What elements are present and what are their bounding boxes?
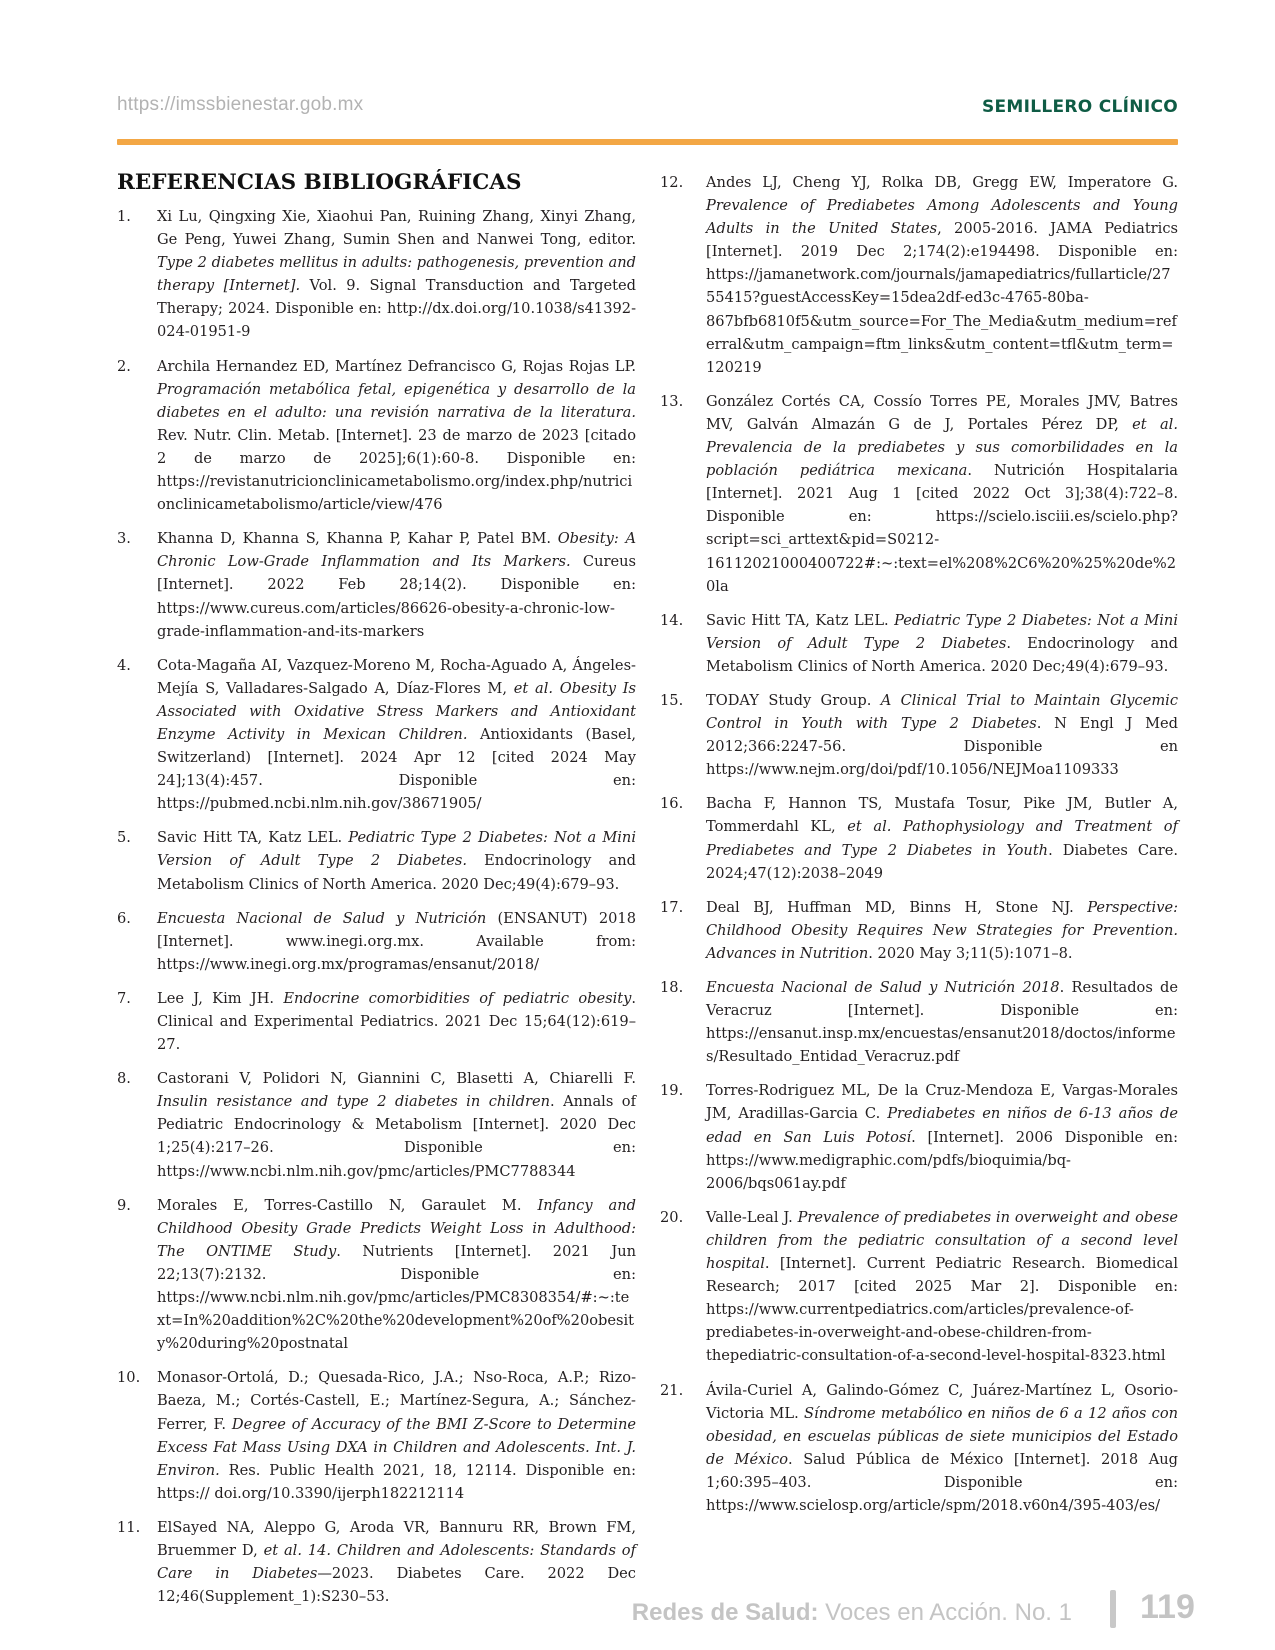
reference-text-part: Lee J, Kim JH. [157, 990, 283, 1007]
reference-text-part: . 2020 May 3;11(5):1071–8. [868, 945, 1072, 962]
reference-number: 16. [660, 792, 706, 884]
reference-text: Deal BJ, Huffman MD, Binns H, Stone NJ. … [706, 896, 1178, 965]
reference-item: 6.Encuesta Nacional de Salud y Nutrición… [117, 907, 636, 976]
reference-item: 3.Khanna D, Khanna S, Khanna P, Kahar P,… [117, 527, 636, 642]
reference-number: 7. [117, 987, 157, 1056]
reference-item: 14.Savic Hitt TA, Katz LEL. Pediatric Ty… [660, 609, 1178, 678]
reference-item: 18.Encuesta Nacional de Salud y Nutrició… [660, 976, 1178, 1068]
reference-text: Valle-Leal J. Prevalence of prediabetes … [706, 1206, 1178, 1368]
reference-number: 21. [660, 1379, 706, 1518]
reference-text: Savic Hitt TA, Katz LEL. Pediatric Type … [157, 826, 636, 895]
reference-item: 10.Monasor-Ortolá, D.; Quesada-Rico, J.A… [117, 1366, 636, 1505]
reference-item: 13.González Cortés CA, Cossío Torres PE,… [660, 390, 1178, 598]
reference-text-part: TODAY Study Group. [706, 692, 881, 709]
page-number: 119 [1140, 1588, 1195, 1627]
reference-text-part: Khanna D, Khanna S, Khanna P, Kahar P, P… [157, 530, 558, 547]
header-divider [117, 139, 1178, 145]
reference-item: 12.Andes LJ, Cheng YJ, Rolka DB, Gregg E… [660, 171, 1178, 379]
references-column-right: 12.Andes LJ, Cheng YJ, Rolka DB, Gregg E… [660, 171, 1178, 1528]
reference-title-italic: Encuesta Nacional de Salud y Nutrición [157, 910, 486, 927]
journal-title-rest: Voces en Acción. No. 1 [819, 1599, 1073, 1626]
reference-item: 19.Torres-Rodriguez ML, De la Cruz-Mendo… [660, 1079, 1178, 1194]
reference-number: 8. [117, 1067, 157, 1182]
reference-text: Monasor-Ortolá, D.; Quesada-Rico, J.A.; … [157, 1366, 636, 1505]
reference-number: 19. [660, 1079, 706, 1194]
reference-text-part: . [Internet]. Current Pediatric Research… [706, 1255, 1178, 1364]
reference-text-part: Rev. Nutr. Clin. Metab. [Internet]. 23 d… [157, 427, 636, 513]
reference-text-part: Xi Lu, Qingxing Xie, Xiaohui Pan, Ruinin… [157, 208, 636, 248]
reference-text: Andes LJ, Cheng YJ, Rolka DB, Gregg EW, … [706, 171, 1178, 379]
reference-text: Khanna D, Khanna S, Khanna P, Kahar P, P… [157, 527, 636, 642]
reference-text-part: Andes LJ, Cheng YJ, Rolka DB, Gregg EW, … [706, 174, 1178, 191]
reference-item: 8.Castorani V, Polidori N, Giannini C, B… [117, 1067, 636, 1182]
reference-text: Savic Hitt TA, Katz LEL. Pediatric Type … [706, 609, 1178, 678]
reference-text-part: . Nutrición Hospitalaria [Internet]. 202… [706, 462, 1178, 594]
reference-text: Encuesta Nacional de Salud y Nutrición 2… [706, 976, 1178, 1068]
reference-text-part: Morales E, Torres-Castillo N, Garaulet M… [157, 1197, 537, 1214]
reference-text: González Cortés CA, Cossío Torres PE, Mo… [706, 390, 1178, 598]
reference-number: 20. [660, 1206, 706, 1368]
reference-text: Lee J, Kim JH. Endocrine comorbidities o… [157, 987, 636, 1056]
reference-number: 13. [660, 390, 706, 598]
reference-number: 17. [660, 896, 706, 965]
reference-number: 15. [660, 689, 706, 781]
reference-number: 14. [660, 609, 706, 678]
page-footer: Redes de Salud: Voces en Acción. No. 1 1… [0, 1590, 1275, 1640]
reference-text: Bacha F, Hannon TS, Mustafa Tosur, Pike … [706, 792, 1178, 884]
reference-text: Castorani V, Polidori N, Giannini C, Bla… [157, 1067, 636, 1182]
reference-item: 20.Valle-Leal J. Prevalence of prediabet… [660, 1206, 1178, 1368]
reference-text: Xi Lu, Qingxing Xie, Xiaohui Pan, Ruinin… [157, 205, 636, 344]
reference-number: 18. [660, 976, 706, 1068]
journal-title-bold: Redes de Salud: [632, 1599, 819, 1626]
reference-item: 15.TODAY Study Group. A Clinical Trial t… [660, 689, 1178, 781]
reference-text: Morales E, Torres-Castillo N, Garaulet M… [157, 1194, 636, 1356]
reference-text-part: Savic Hitt TA, Katz LEL. [706, 612, 894, 629]
reference-text-part: Deal BJ, Huffman MD, Binns H, Stone NJ. [706, 899, 1087, 916]
reference-item: 17.Deal BJ, Huffman MD, Binns H, Stone N… [660, 896, 1178, 965]
reference-title-italic: Insulin resistance and type 2 diabetes i… [157, 1093, 550, 1110]
reference-item: 7.Lee J, Kim JH. Endocrine comorbidities… [117, 987, 636, 1056]
reference-number: 10. [117, 1366, 157, 1505]
reference-text-part: Res. Public Health 2021, 18, 12114. Disp… [157, 1462, 636, 1502]
reference-number: 6. [117, 907, 157, 976]
references-column-left: 1.Xi Lu, Qingxing Xie, Xiaohui Pan, Ruin… [117, 205, 636, 1619]
reference-number: 9. [117, 1194, 157, 1356]
reference-text-part: Castorani V, Polidori N, Giannini C, Bla… [157, 1070, 636, 1087]
reference-item: 2.Archila Hernandez ED, Martínez Defranc… [117, 355, 636, 517]
reference-text: TODAY Study Group. A Clinical Trial to M… [706, 689, 1178, 781]
page-title: REFERENCIAS BIBLIOGRÁFICAS [117, 170, 522, 195]
reference-number: 4. [117, 654, 157, 816]
reference-number: 3. [117, 527, 157, 642]
reference-text: Archila Hernandez ED, Martínez Defrancis… [157, 355, 636, 517]
reference-number: 12. [660, 171, 706, 379]
reference-item: 5.Savic Hitt TA, Katz LEL. Pediatric Typ… [117, 826, 636, 895]
reference-text-part: Archila Hernandez ED, Martínez Defrancis… [157, 358, 636, 375]
reference-number: 5. [117, 826, 157, 895]
reference-item: 9.Morales E, Torres-Castillo N, Garaulet… [117, 1194, 636, 1356]
site-url: https://imssbienestar.gob.mx [117, 94, 363, 116]
reference-item: 4.Cota-Magaña AI, Vazquez-Moreno M, Roch… [117, 654, 636, 816]
reference-text-part: Valle-Leal J. [706, 1209, 798, 1226]
reference-title-italic: Endocrine comorbidities of pediatric obe… [283, 990, 631, 1007]
footer-divider [1110, 1590, 1116, 1628]
section-title: SEMILLERO CLÍNICO [982, 97, 1178, 117]
reference-text: Encuesta Nacional de Salud y Nutrición (… [157, 907, 636, 976]
reference-item: 16.Bacha F, Hannon TS, Mustafa Tosur, Pi… [660, 792, 1178, 884]
reference-text-part: González Cortés CA, Cossío Torres PE, Mo… [706, 393, 1178, 433]
reference-number: 2. [117, 355, 157, 517]
reference-text: Torres-Rodriguez ML, De la Cruz-Mendoza … [706, 1079, 1178, 1194]
reference-number: 1. [117, 205, 157, 344]
reference-title-italic: Programación metabólica fetal, epigenéti… [157, 381, 636, 421]
reference-item: 1.Xi Lu, Qingxing Xie, Xiaohui Pan, Ruin… [117, 205, 636, 344]
reference-text-part: Savic Hitt TA, Katz LEL. [157, 829, 348, 846]
reference-title-italic: Encuesta Nacional de Salud y Nutrición 2… [706, 979, 1060, 996]
reference-text: Cota-Magaña AI, Vazquez-Moreno M, Rocha-… [157, 654, 636, 816]
reference-text-part: , 2005-2016. JAMA Pediatrics [Internet].… [706, 220, 1178, 376]
journal-title: Redes de Salud: Voces en Acción. No. 1 [632, 1599, 1072, 1627]
reference-text: Ávila-Curiel A, Galindo-Gómez C, Juárez-… [706, 1379, 1178, 1518]
reference-item: 21.Ávila-Curiel A, Galindo-Gómez C, Juár… [660, 1379, 1178, 1518]
